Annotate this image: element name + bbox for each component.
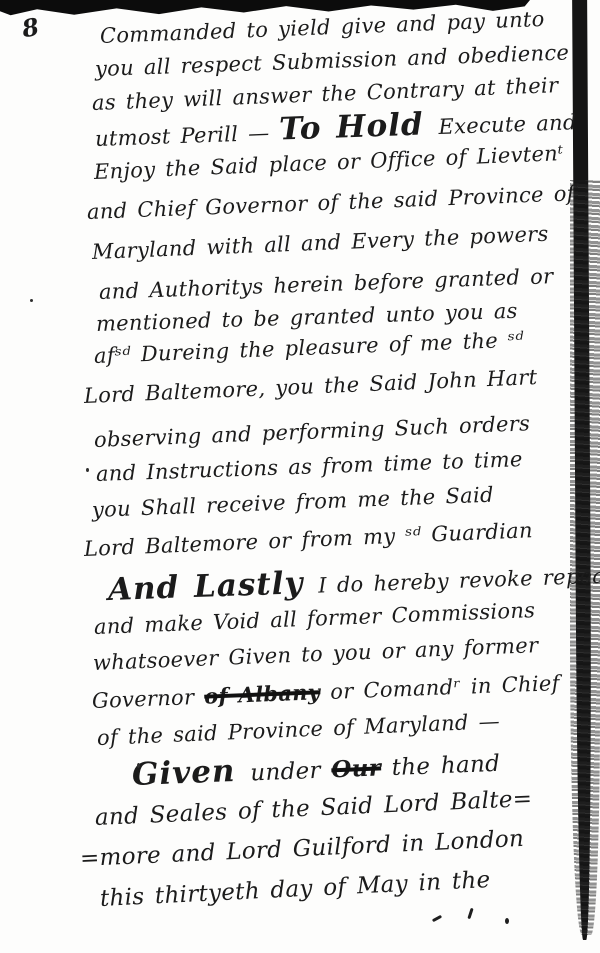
line-text: and Authoritys herein before granted or: [99, 264, 554, 304]
binding-edge-right: [570, 0, 600, 953]
manuscript-line: this thirtyeth day of May in the: [99, 867, 491, 912]
manuscript-line: Lord Baltemore, you the Said John Hart: [83, 365, 537, 408]
emphasized-text: To Hold: [279, 106, 439, 148]
line-text: whatsoever Given to you or any former: [93, 633, 539, 675]
manuscript-line: you Shall receive from me the Said: [92, 483, 495, 522]
manuscript-line: Maryland with all and Every the powers: [92, 222, 550, 264]
manuscript-line: Given under Our the hand: [131, 743, 500, 793]
struck-out-text: Our: [331, 754, 382, 783]
line-text: this thirtyeth day of May in the: [99, 867, 491, 912]
emphasized-text: Given: [131, 752, 251, 793]
line-text: you Shall receive from me the Said: [92, 483, 495, 522]
line-text: Commanded to yield give and pay unto: [100, 7, 545, 48]
line-text: and Chief Governor of the said Province …: [87, 181, 576, 224]
line-text: Lord Baltemore or from my ˢᵈ Guardian: [83, 518, 533, 561]
line-text: Maryland with all and Every the powers: [92, 222, 550, 264]
ink-mark: [505, 918, 509, 924]
line-text: or Comandʳ in Chief: [320, 671, 560, 704]
line-text: Lord Baltemore, you the Said John Hart: [83, 365, 537, 408]
ink-mark: [432, 915, 442, 922]
ink-speck: [30, 299, 33, 302]
line-text: and Instructions as from time to time: [96, 447, 523, 486]
line-text: I do hereby revoke repeal: [318, 563, 600, 597]
manuscript-page: 8 Commanded to yield give and pay unto y…: [0, 0, 600, 953]
ink-speck: [86, 468, 89, 472]
manuscript-line: Commanded to yield give and pay unto: [100, 7, 545, 48]
manuscript-line: and Chief Governor of the said Province …: [87, 181, 576, 224]
manuscript-line: and Instructions as from time to time: [96, 447, 523, 486]
manuscript-line: and Authoritys herein before granted or: [99, 264, 554, 304]
line-text: observing and performing Such orders: [94, 411, 531, 452]
manuscript-line: Lord Baltemore or from my ˢᵈ Guardian: [83, 518, 533, 561]
page-number: 8: [20, 12, 41, 43]
line-text: Execute and: [438, 110, 577, 139]
manuscript-line: =more and Lord Guilford in London: [79, 826, 524, 872]
line-text: the hand: [381, 751, 501, 782]
manuscript-line: of the said Province of Maryland —: [96, 709, 500, 750]
emphasized-text: And Lastly: [107, 565, 318, 608]
manuscript-line: and Seales of the Said Lord Balte=: [94, 786, 532, 831]
manuscript-line: whatsoever Given to you or any former: [93, 633, 539, 675]
line-text: under: [250, 757, 332, 786]
manuscript-line: observing and performing Such orders: [94, 411, 531, 452]
struck-out-text: of Albany: [204, 679, 321, 708]
line-text: and Seales of the Said Lord Balte=: [94, 786, 532, 831]
line-text: =more and Lord Guilford in London: [79, 826, 524, 872]
ink-mark: [467, 908, 473, 919]
line-text: utmost Perill —: [95, 121, 280, 151]
manuscript-line: Governor of Albany or Comandʳ in Chief: [92, 670, 561, 713]
line-text: Governor: [92, 685, 205, 713]
line-text: of the said Province of Maryland —: [96, 709, 500, 750]
ink-speck: [137, 763, 140, 768]
